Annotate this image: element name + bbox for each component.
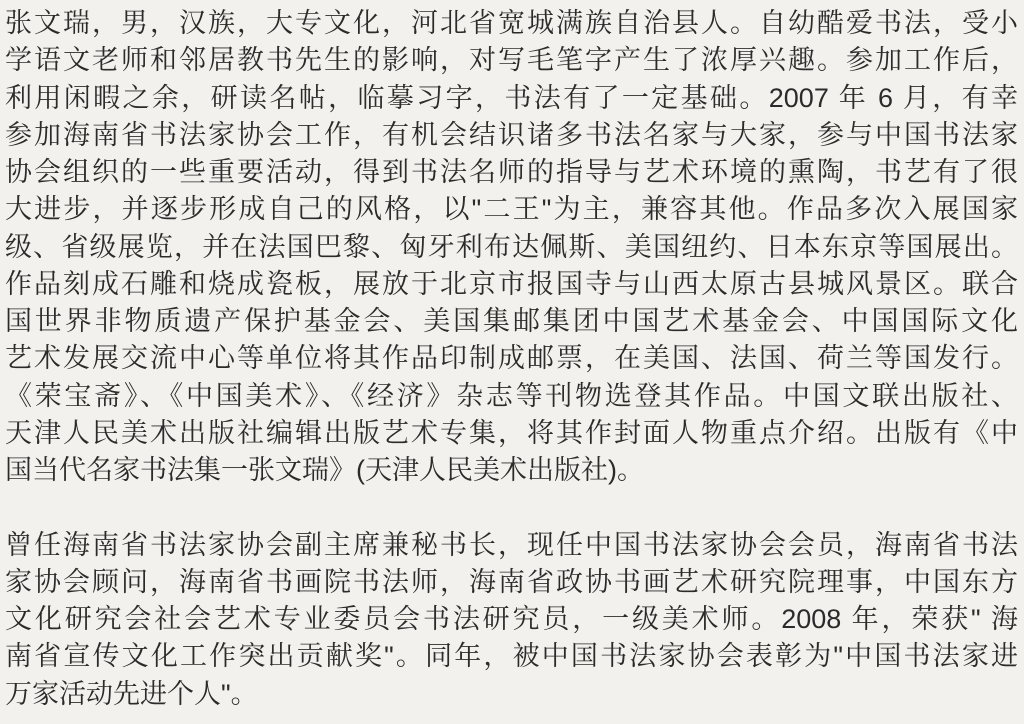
text-line: 《荣宝斋》、《中国美术》、《经济》杂志等刊物选登其作品。中国文联出版社、: [5, 378, 1018, 415]
text-line: 协会组织的一些重要活动，得到书法名师的指导与艺术环境的熏陶，书艺有了很: [5, 154, 1018, 191]
text-line: 文化研究会社会艺术专业委员会书法研究员，一级美术师。2008 年，荣获" 海: [5, 601, 1018, 638]
text-line: 学语文老师和邻居教书先生的影响，对写毛笔字产生了浓厚兴趣。参加工作后，: [5, 42, 1018, 79]
text-line: 大进步，并逐步形成自己的风格，以"二王"为主，兼容其他。作品多次入展国家: [5, 191, 1018, 228]
text-line: 曾任海南省书法家协会副主席兼秘书长，现任中国书法家协会会员，海南省书法: [5, 527, 1018, 564]
text-line: 天津人民美术出版社编辑出版艺术专集，将其作封面人物重点介绍。出版有《中: [5, 415, 1018, 452]
text-line: 级、省级展览，并在法国巴黎、匈牙利布达佩斯、美国纽约、日本东京等国展出。: [5, 229, 1018, 266]
text-line: 艺术发展交流中心等单位将其作品印制成邮票，在美国、法国、荷兰等国发行。: [5, 340, 1018, 377]
text-line: 万家活动先进个人"。: [5, 676, 1018, 713]
paragraph-positions: 曾任海南省书法家协会副主席兼秘书长，现任中国书法家协会会员，海南省书法 家协会顾…: [5, 527, 1018, 713]
paragraph-bio: 张文瑞，男，汉族，大专文化，河北省宽城满族自治县人。自幼酷爱书法，受小 学语文老…: [5, 5, 1018, 489]
text-line: 南省宣传文化工作突出贡献奖"。同年，被中国书法家协会表彰为"中国书法家进: [5, 638, 1018, 675]
text-line: 国世界非物质遗产保护基金会、美国集邮集团中国艺术基金会、中国国际文化: [5, 303, 1018, 340]
text-line: 作品刻成石雕和烧成瓷板，展放于北京市报国寺与山西太原古县城风景区。联合: [5, 266, 1018, 303]
text-line: 参加海南省书法家协会工作，有机会结识诸多书法名家与大家，参与中国书法家: [5, 117, 1018, 154]
text-line: 家协会顾问，海南省书画院书法师，海南省政协书画艺术研究院理事，中国东方: [5, 564, 1018, 601]
text-line: 利用闲暇之余，研读名帖，临摹习字，书法有了一定基础。2007 年 6 月，有幸: [5, 80, 1018, 117]
text-line: 国当代名家书法集一张文瑞》(天津人民美术出版社)。: [5, 452, 1018, 489]
text-line: 张文瑞，男，汉族，大专文化，河北省宽城满族自治县人。自幼酷爱书法，受小: [5, 5, 1018, 42]
biography-document: 张文瑞，男，汉族，大专文化，河北省宽城满族自治县人。自幼酷爱书法，受小 学语文老…: [0, 0, 1024, 724]
